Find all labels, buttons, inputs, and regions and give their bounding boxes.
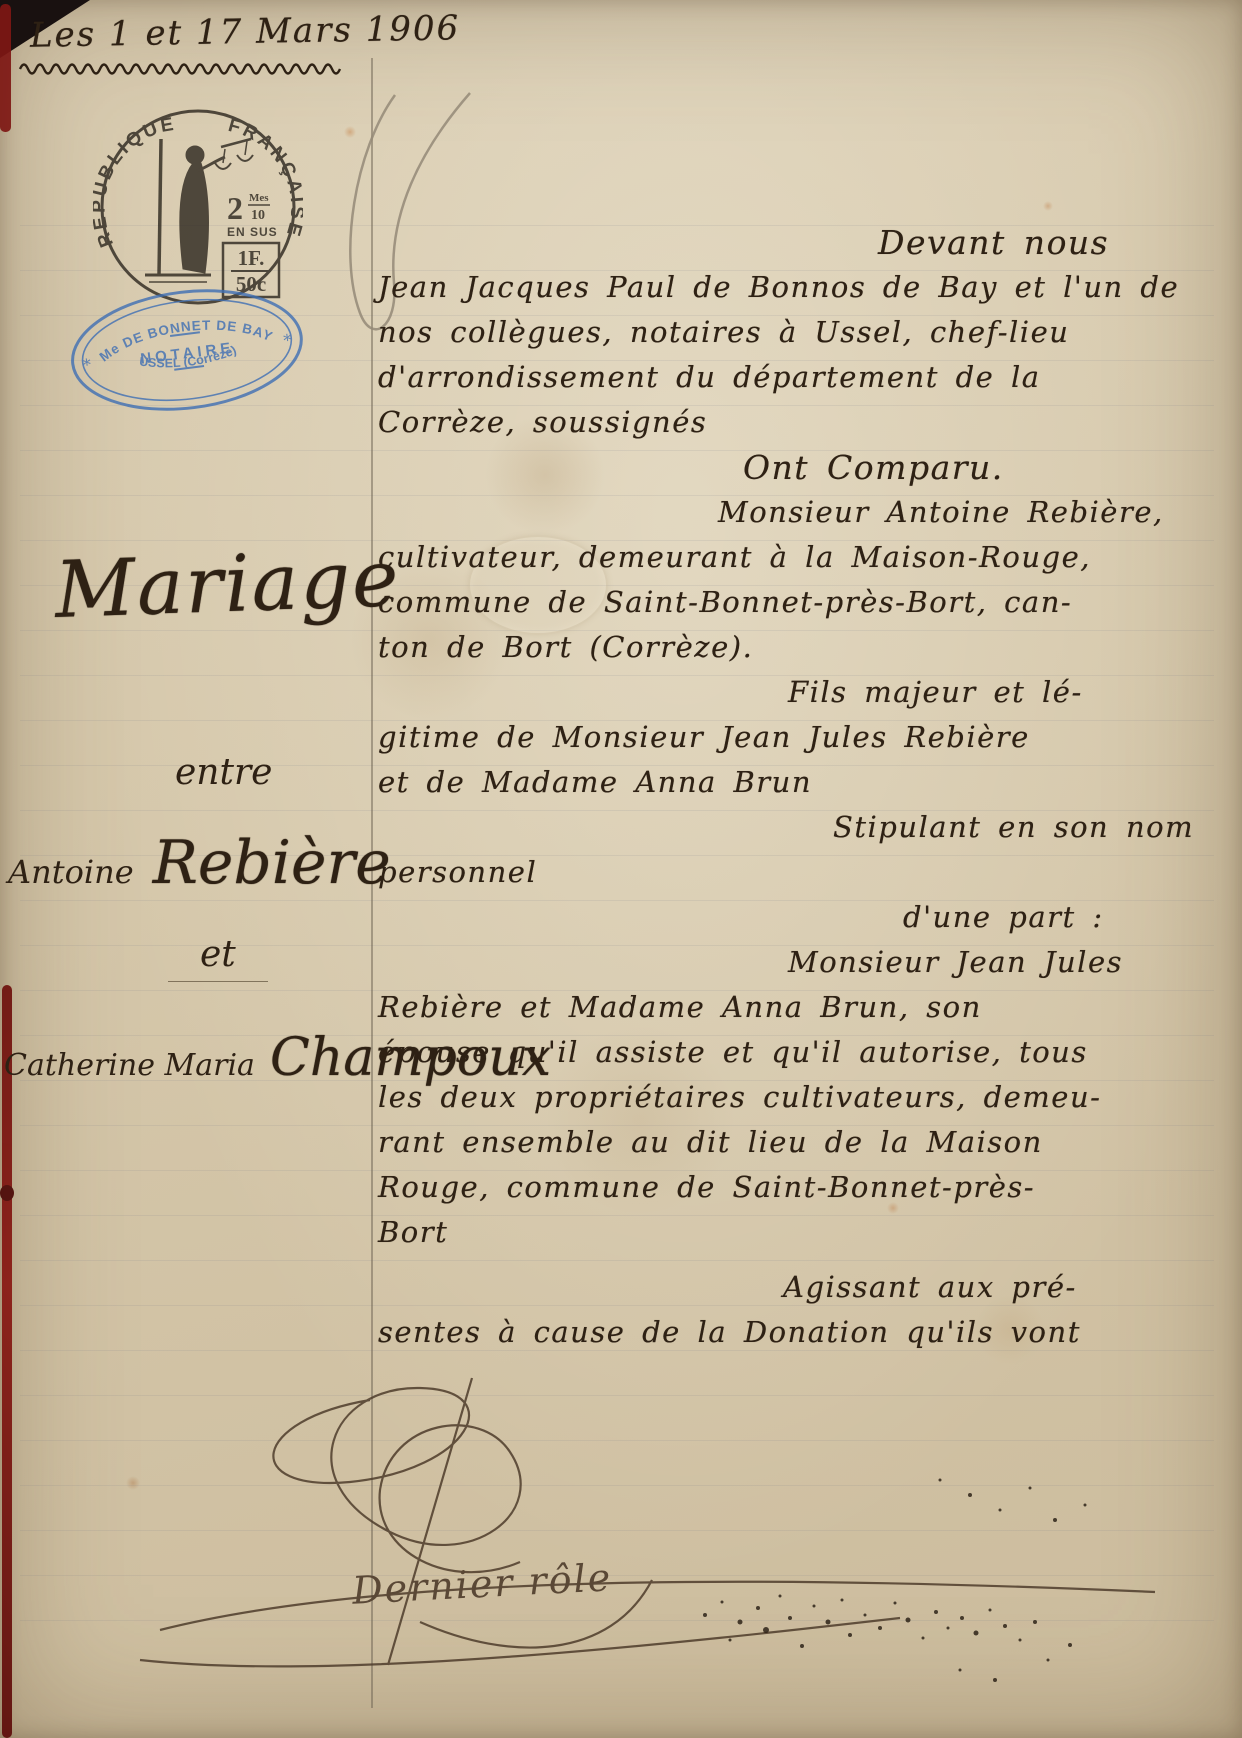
body-line: Rouge, commune de Saint-Bonnet-près- <box>378 1165 1168 1210</box>
body-line: Agissant aux pré- <box>378 1265 1168 1310</box>
body-line: Bort <box>378 1210 1168 1255</box>
body-line: Corrèze, soussignés <box>378 400 1168 445</box>
act-title: Mariage <box>54 534 402 636</box>
act-body: Devant nous Jean Jacques Paul de Bonnos … <box>378 220 1168 1355</box>
body-line: Stipulant en son nom <box>378 805 1168 850</box>
body-line: commune de Saint-Bonnet-près-Bort, can- <box>378 580 1168 625</box>
body-line: cultivateur, demeurant à la Maison-Rouge… <box>378 535 1168 580</box>
signature-flourish-icon <box>90 1360 1210 1738</box>
body-line: d'arrondissement du département de la <box>378 355 1168 400</box>
bride-first-name: Catherine Maria <box>4 1048 255 1083</box>
groom-name: Antoine Rebière <box>8 828 391 898</box>
body-line: Devant nous <box>378 220 1168 265</box>
body-line: Ont Comparu. <box>378 445 1168 490</box>
groom-last-name: Rebière <box>153 828 391 898</box>
body-line: les deux propriétaires cultivateurs, dem… <box>378 1075 1168 1120</box>
body-line: sentes à cause de la Donation qu'ils von… <box>378 1310 1168 1355</box>
body-line: Fils majeur et lé- <box>378 670 1168 715</box>
body-line: Rebière et Madame Anna Brun, son <box>378 985 1168 1030</box>
body-line: et de Madame Anna Brun <box>378 760 1168 805</box>
body-line: ton de Bort (Corrèze). <box>378 625 1168 670</box>
notarial-act-page: Les 1 et 17 Mars 1906 RÉPUBLIQUE FRANÇAI… <box>0 0 1242 1738</box>
body-line: Monsieur Jean Jules <box>378 940 1168 985</box>
and-word: et <box>168 934 268 982</box>
body-line: gitime de Monsieur Jean Jules Rebière <box>378 715 1168 760</box>
ink-spatter <box>703 1479 1087 1683</box>
body-line: personnel <box>378 850 1168 895</box>
body-line: nos collègues, notaires à Ussel, chef-li… <box>378 310 1168 355</box>
body-line: Jean Jacques Paul de Bonnos de Bay et l'… <box>378 265 1168 310</box>
margin-title-block: Mariage entre Antoine Rebière et Catheri… <box>0 0 380 1200</box>
body-line: épouse qu'il assiste et qu'il autorise, … <box>378 1030 1168 1075</box>
body-line: rant ensemble au dit lieu de la Maison <box>378 1120 1168 1165</box>
between-word: entre <box>175 752 272 793</box>
body-line: Monsieur Antoine Rebière, <box>378 490 1168 535</box>
groom-first-name: Antoine <box>8 853 134 891</box>
body-line: d'une part : <box>378 895 1168 940</box>
